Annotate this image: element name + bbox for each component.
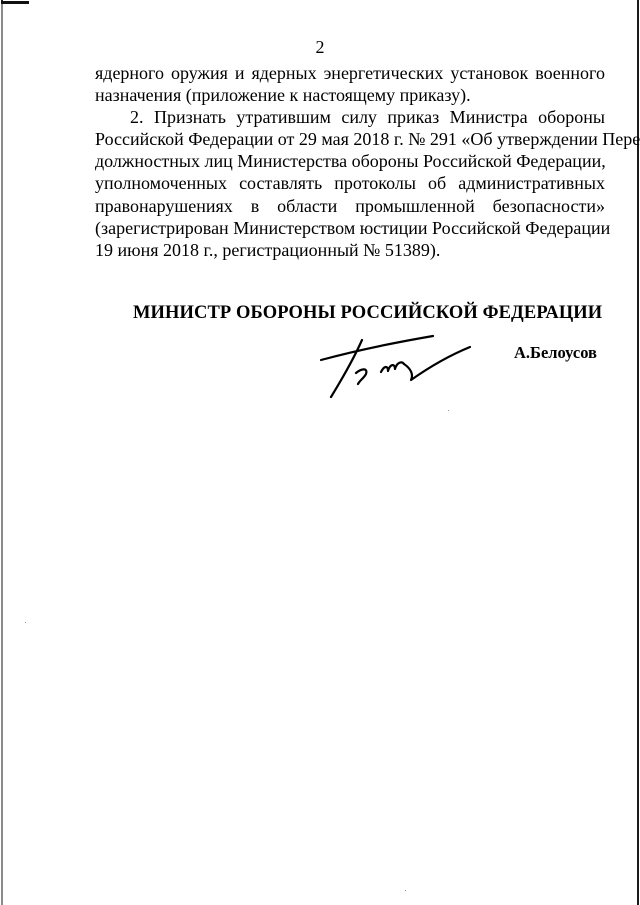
text-line: уполномоченных составлять протоколы об а… (95, 172, 605, 194)
signatory-title: МИНИСТР ОБОРОНЫ РОССИЙСКОЙ ФЕДЕРАЦИИ (133, 303, 602, 324)
scan-speck (25, 622, 26, 623)
text-line: 19 июня 2018 г., регистрационный № 51389… (95, 239, 605, 261)
handwritten-signature-icon (318, 334, 488, 414)
scan-speck (448, 410, 449, 411)
text-line: назначения (приложение к настоящему прик… (95, 84, 605, 106)
scan-edge-top (1, 1, 29, 4)
text-line: Российской Федерации от 29 мая 2018 г. №… (95, 128, 605, 150)
page-number: 2 (0, 37, 640, 57)
text-line: (зарегистрирован Министерством юстиции Р… (95, 217, 605, 239)
text-line: должностных лиц Министерства обороны Рос… (95, 150, 605, 172)
scan-speck (405, 890, 406, 891)
body-text: ядерного оружия и ядерных энергетических… (95, 62, 605, 261)
signatory-name: А.Белоусов (514, 343, 597, 363)
text-line: ядерного оружия и ядерных энергетических… (95, 62, 605, 84)
text-line: правонарушениях в области промышленной б… (95, 195, 605, 217)
text-line: 2. Признать утратившим силу приказ Минис… (95, 106, 605, 128)
paragraph-continuation: ядерного оружия и ядерных энергетических… (95, 62, 605, 106)
document-page: 2 ядерного оружия и ядерных энергетическ… (0, 0, 640, 905)
scan-edge-left (1, 0, 3, 905)
paragraph-item-2: 2. Признать утратившим силу приказ Минис… (95, 106, 605, 261)
